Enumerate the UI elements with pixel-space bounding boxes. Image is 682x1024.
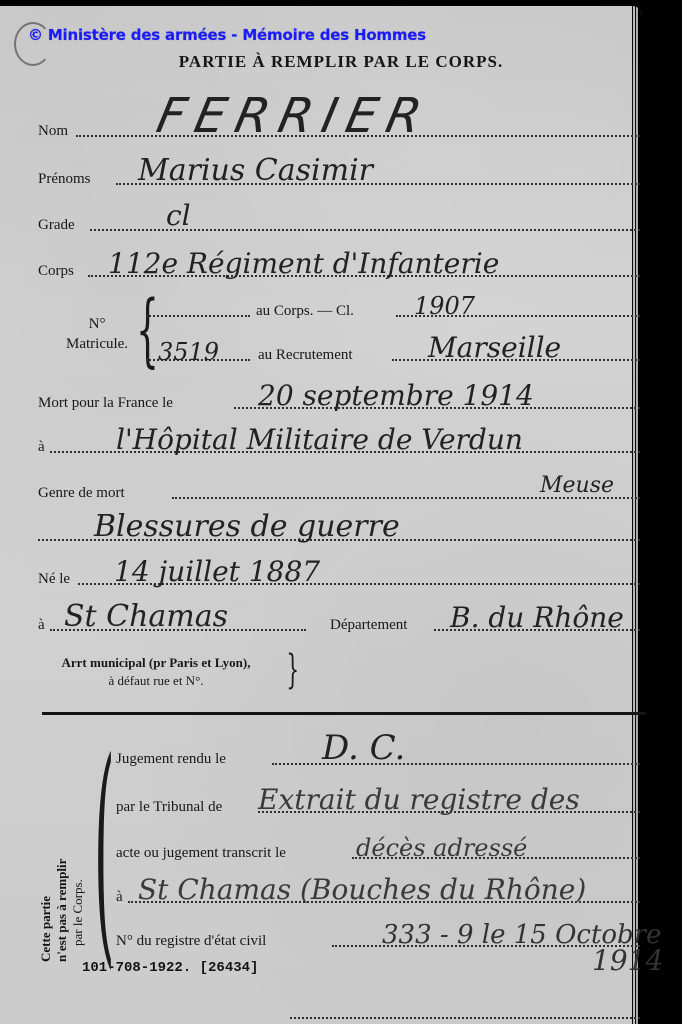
side-note-line3: par le Corps. <box>70 879 86 946</box>
transcrit-lieu-label: à <box>116 889 123 906</box>
side-note: Cette partie n'est pas à remplir par le … <box>28 770 100 970</box>
mort-date-label: Mort pour la France le <box>38 395 173 412</box>
mort-lieu-dept-value: Meuse <box>540 473 614 498</box>
field-matricule-recrutement: 3519 au Recrutement Marseille <box>146 336 640 366</box>
matricule-label-no: N° <box>66 314 128 334</box>
jugement-rendu-value: D. C. <box>322 728 405 768</box>
matricule-number-value: 3519 <box>158 338 219 366</box>
field-genre-mort-value: Blessures de guerre <box>38 516 640 546</box>
side-note-line2: n'est pas à remplir <box>54 859 70 962</box>
corps-label: Corps <box>38 263 74 280</box>
naissance-date-label: Né le <box>38 571 70 588</box>
field-genre-mort: Genre de mort Meuse <box>38 474 640 504</box>
field-corps: Corps 112e Régiment d'Infanterie <box>38 252 640 282</box>
tribunal-value: Extrait du registre des <box>258 783 580 816</box>
jugement-rendu-label: Jugement rendu le <box>116 751 226 768</box>
naissance-dept-value: B. du Rhône <box>450 601 624 634</box>
matricule-recrutement-label: au Recrutement <box>258 347 353 364</box>
arrondissement-label-line2: à défaut rue et N°. <box>40 672 272 690</box>
field-tribunal: par le Tribunal de Extrait du registre d… <box>116 788 640 818</box>
registre-label: N° du registre d'état civil <box>116 933 266 950</box>
matricule-corps-label: au Corps. — Cl. <box>256 303 354 320</box>
corps-value: 112e Régiment d'Infanterie <box>108 247 499 280</box>
field-jugement-rendu: Jugement rendu le D. C. <box>116 740 640 770</box>
grade-value: cl <box>166 199 191 232</box>
jugement-brace: ( <box>94 730 115 970</box>
section-separator <box>42 712 646 715</box>
transcrit-value: décès adressé <box>356 834 527 862</box>
registre-value-line2: 1914 <box>592 944 663 977</box>
genre-mort-label: Genre de mort <box>38 485 125 502</box>
field-mort-lieu: à l'Hôpital Militaire de Verdun <box>38 428 640 458</box>
naissance-date-value: 14 juillet 1887 <box>114 555 320 588</box>
matricule-label-text: Matricule. <box>66 334 128 354</box>
mort-lieu-value: l'Hôpital Militaire de Verdun <box>116 423 523 456</box>
naissance-lieu-value: St Chamas <box>64 599 228 634</box>
side-note-line1: Cette partie <box>38 896 54 962</box>
nom-value: FERRIER <box>152 88 436 144</box>
arrondissement-label-line1: Arrt municipal (pr Paris et Lyon), <box>40 654 272 672</box>
transcrit-label: acte ou jugement transcrit le <box>116 845 286 862</box>
arrondissement-label: Arrt municipal (pr Paris et Lyon), à déf… <box>40 654 272 690</box>
prenoms-value: Marius Casimir <box>138 153 373 188</box>
naissance-lieu-label: à <box>38 617 45 634</box>
transcrit-lieu-value: St Chamas (Bouches du Rhône) <box>138 873 586 906</box>
naissance-dept-label: Département <box>330 617 407 634</box>
field-transcrit: acte ou jugement transcrit le décès adre… <box>116 834 640 864</box>
grade-label: Grade <box>38 217 75 234</box>
matricule-classe-value: 1907 <box>414 292 475 320</box>
copyright-watermark: © Ministère des armées - Mémoire des Hom… <box>28 26 426 44</box>
matricule-label: N° Matricule. <box>66 314 128 354</box>
mort-lieu-label: à <box>38 439 45 456</box>
print-reference: 101-708-1922. [26434] <box>82 960 258 976</box>
field-transcrit-lieu: à St Chamas (Bouches du Rhône) <box>116 878 640 908</box>
matricule-recrutement-value: Marseille <box>428 331 561 364</box>
form-header: PARTIE À REMPLIR PAR LE CORPS. <box>0 52 682 72</box>
genre-mort-value: Blessures de guerre <box>94 509 400 544</box>
field-registre: N° du registre d'état civil 333 - 9 le 1… <box>116 922 640 952</box>
field-naissance-date: Né le 14 juillet 1887 <box>38 560 640 590</box>
field-matricule-corps: au Corps. — Cl. 1907 <box>146 292 640 322</box>
tribunal-label: par le Tribunal de <box>116 799 222 816</box>
field-prenoms: Prénoms Marius Casimir <box>38 160 640 190</box>
mort-date-value: 20 septembre 1914 <box>258 379 534 412</box>
field-grade: Grade cl <box>38 206 640 236</box>
field-naissance-lieu: à St Chamas Département B. du Rhône <box>38 606 640 636</box>
nom-label: Nom <box>38 123 68 140</box>
prenoms-label: Prénoms <box>38 171 91 188</box>
matricule-corps-dotted-line <box>146 315 250 317</box>
field-nom: Nom FERRIER <box>38 112 640 142</box>
field-mort-date: Mort pour la France le 20 septembre 1914 <box>38 384 640 414</box>
